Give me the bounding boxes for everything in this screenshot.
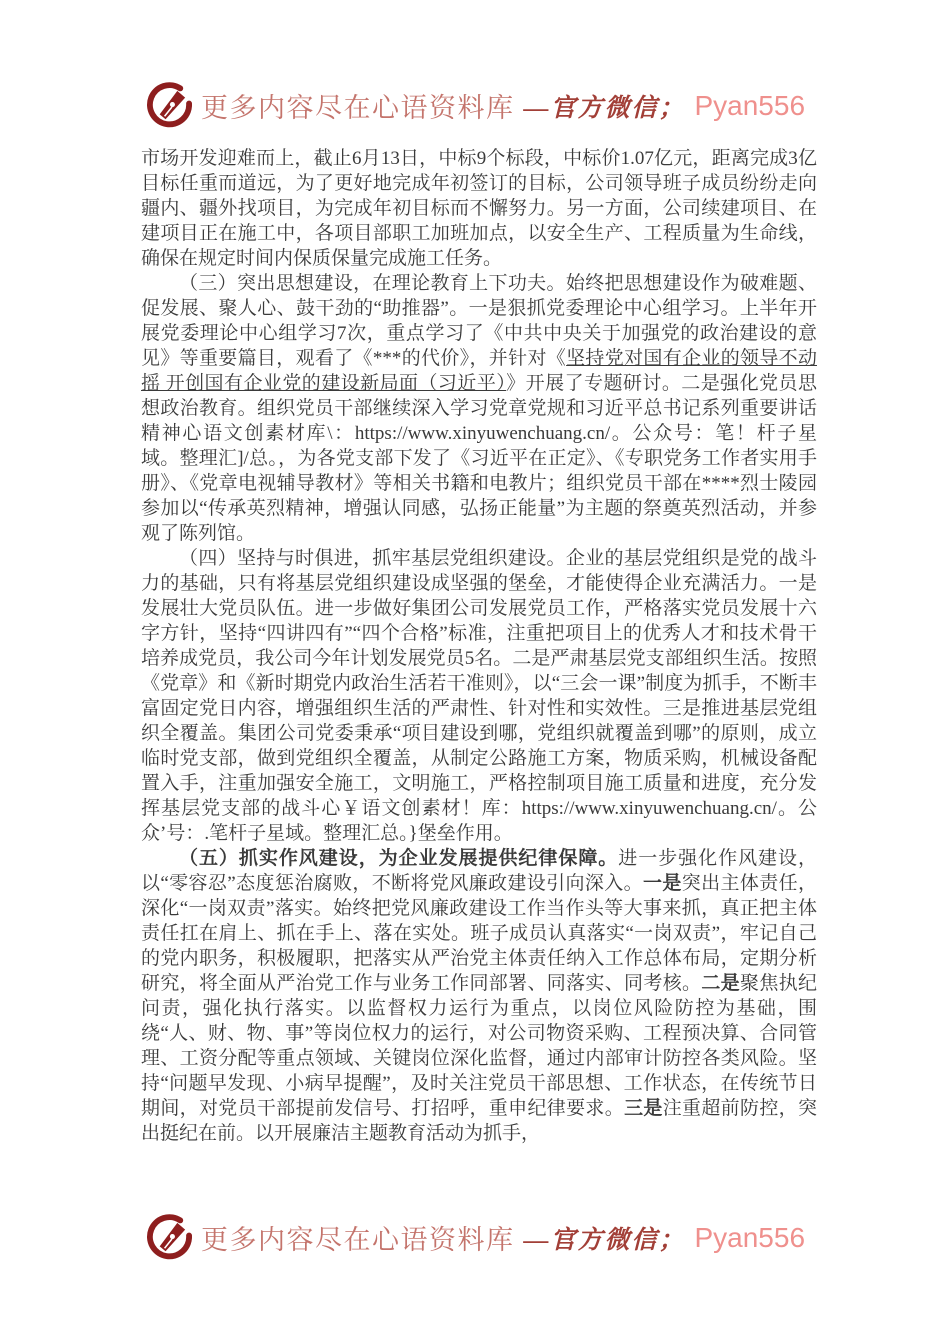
- text-run: 一是: [643, 873, 682, 894]
- footer-watermark: 更多内容尽在心语资料库 —官方微信； Pyan556: [0, 1214, 950, 1261]
- banner-wechat-label: —官方微信；: [523, 1220, 685, 1256]
- paragraph: 市场开发迎难而上，截止6月13日，中标9个标段，中标价1.07亿元，距离完成3亿…: [141, 146, 817, 271]
- pen-nib-circle-icon: [145, 1214, 192, 1261]
- text-run: （五）抓实作风建设，为企业发展提供纪律保障。: [179, 848, 618, 869]
- paragraph: （四）坚持与时俱进，抓牢基层党组织建设。企业的基层党组织是党的战斗力的基础，只有…: [141, 546, 817, 846]
- banner-wechat-id: Pyan556: [694, 90, 805, 122]
- text-run: 市场开发迎难而上，截止6月13日，中标9个标段，中标价1.07亿元，距离完成3亿…: [141, 148, 817, 269]
- text-run: 》开展了专题研讨。二是强化党员思想政治教育。组织党员干部继续深入学习党章党规和习…: [141, 373, 817, 544]
- text-run: 三是: [624, 1098, 663, 1119]
- banner-brand-text: 更多内容尽在心语资料库: [201, 1218, 515, 1257]
- paragraph: （五）抓实作风建设，为企业发展提供纪律保障。进一步强化作风建设，以“零容忍”态度…: [141, 846, 817, 1146]
- paragraph: （三）突出思想建设，在理论教育上下功夫。始终把思想建设作为破难题、促发展、聚人心…: [141, 271, 817, 546]
- text-run: 二是: [701, 973, 740, 994]
- banner-wechat-label: —官方微信；: [523, 88, 685, 124]
- header-watermark: 更多内容尽在心语资料库 —官方微信； Pyan556: [0, 82, 950, 129]
- document-page: 更多内容尽在心语资料库 —官方微信； Pyan556 市场开发迎难而上，截止6月…: [0, 0, 950, 1344]
- banner-wechat-id: Pyan556: [694, 1222, 805, 1254]
- pen-nib-circle-icon: [145, 82, 192, 129]
- banner-brand-text: 更多内容尽在心语资料库: [201, 86, 515, 125]
- text-run: （四）坚持与时俱进，抓牢基层党组织建设。企业的基层党组织是党的战斗力的基础，只有…: [141, 548, 817, 844]
- document-body: 市场开发迎难而上，截止6月13日，中标9个标段，中标价1.07亿元，距离完成3亿…: [141, 146, 817, 1146]
